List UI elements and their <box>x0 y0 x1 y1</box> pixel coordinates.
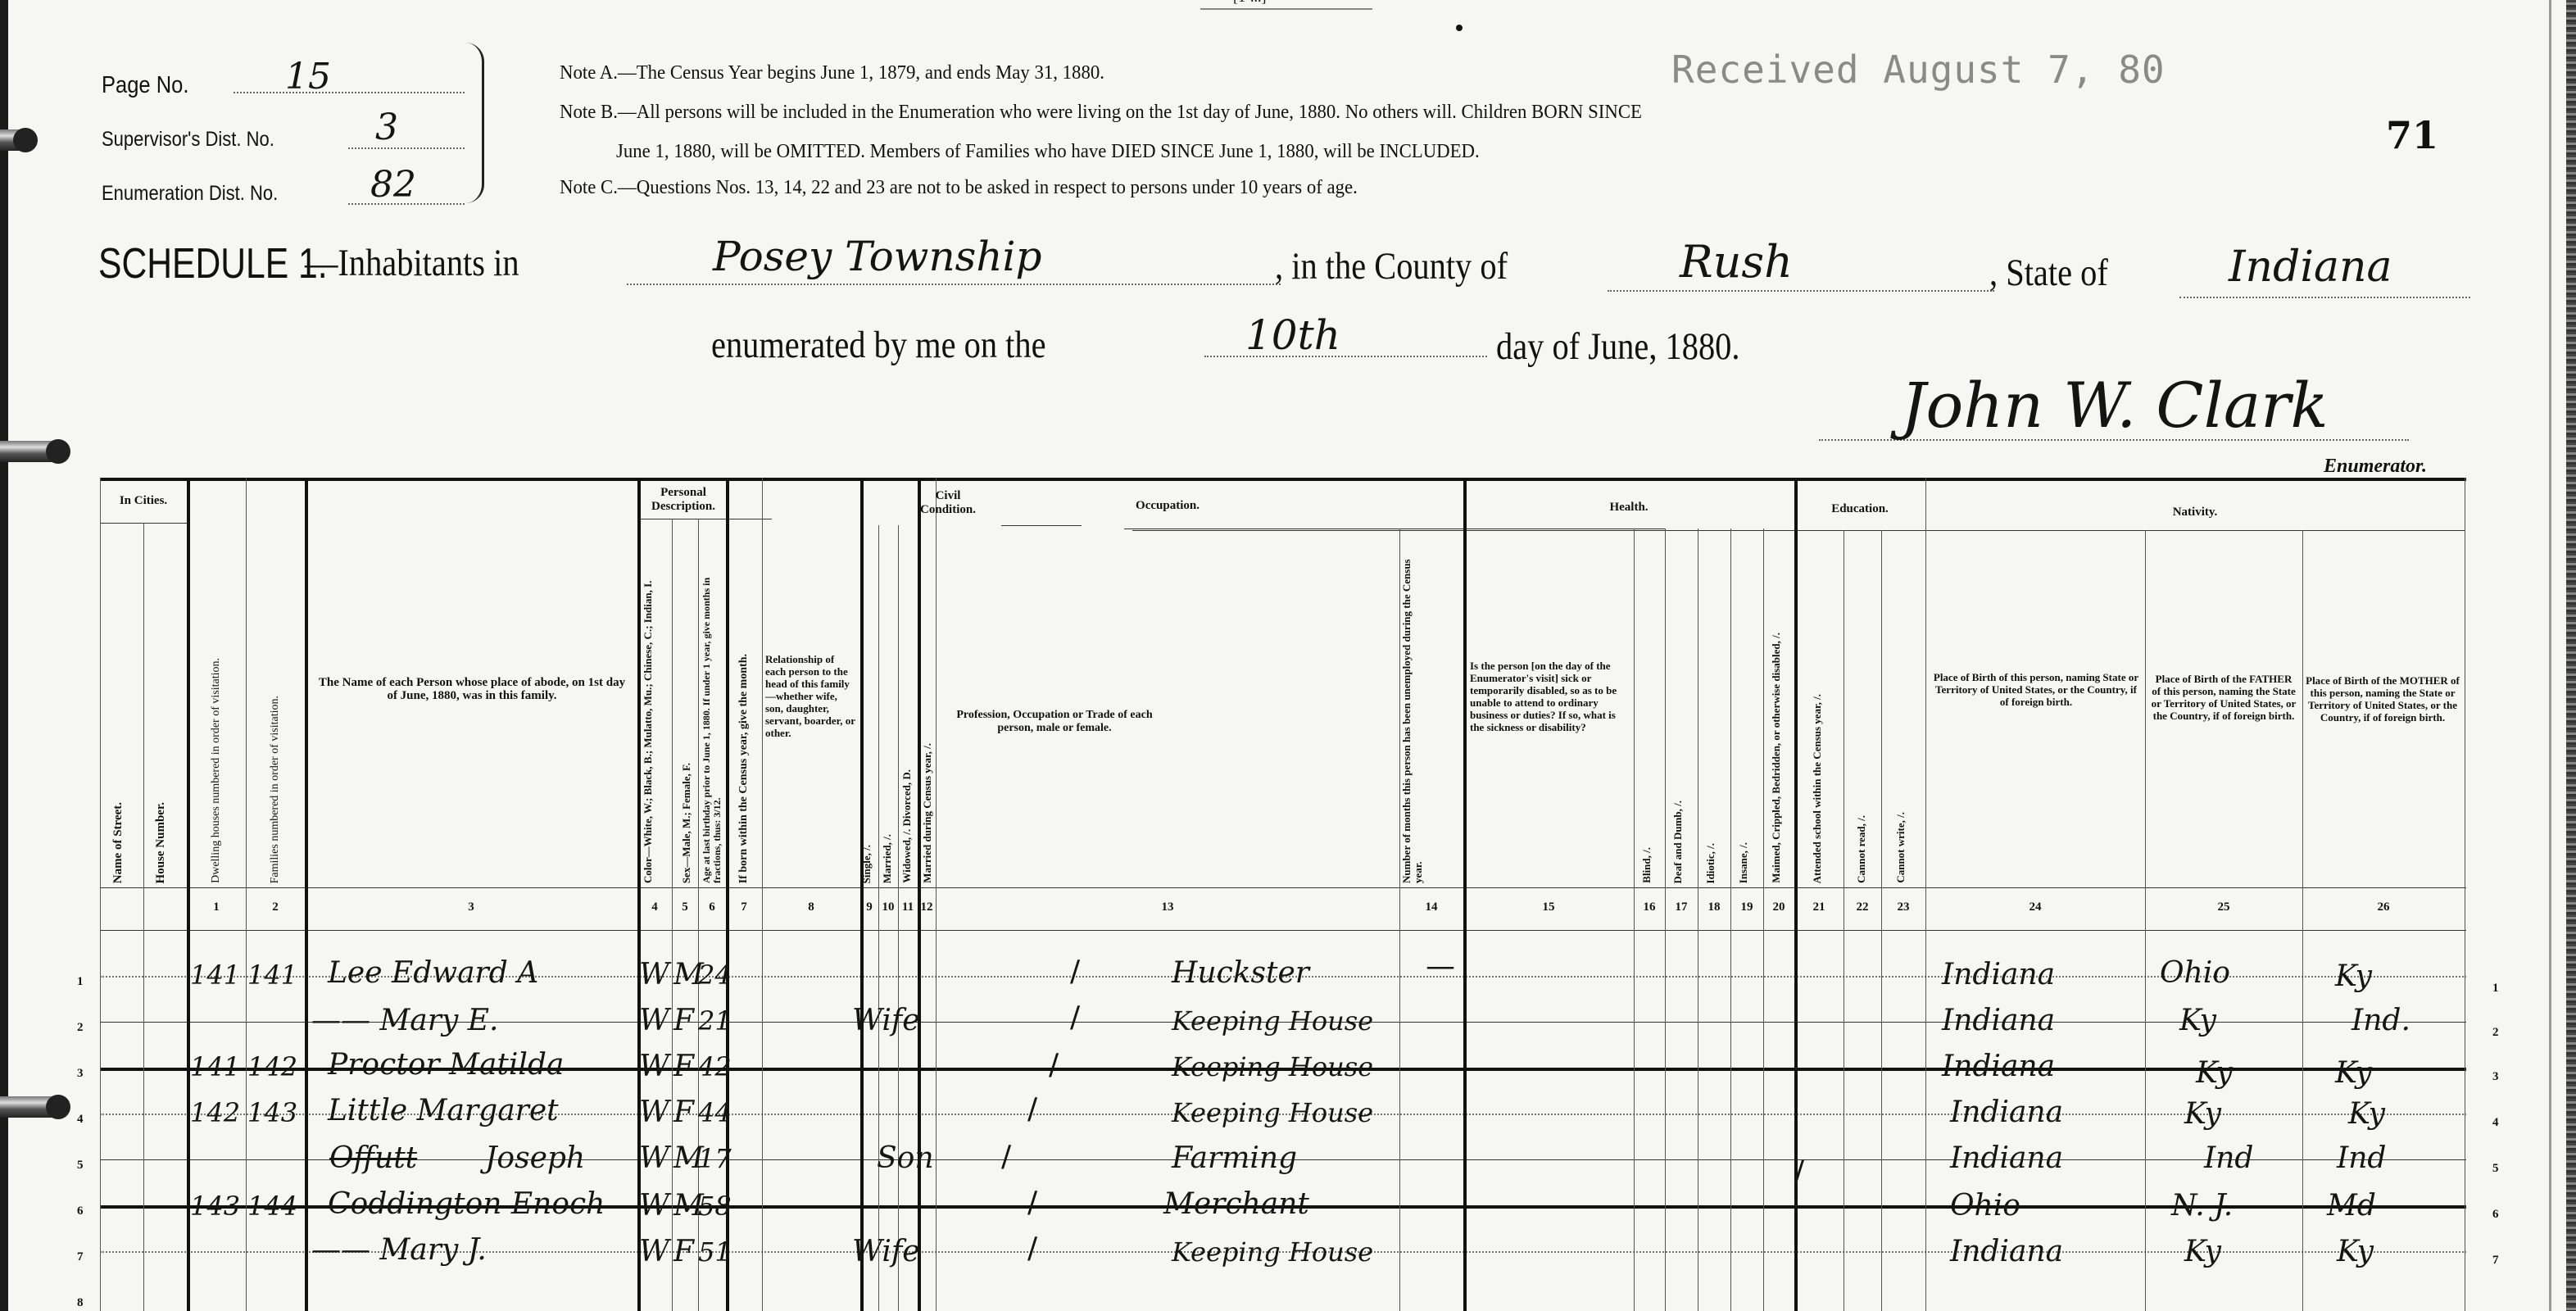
header-insane: Insane, /. <box>1737 842 1750 883</box>
sex[interactable]: F <box>673 1096 694 1129</box>
age[interactable]: 44 <box>698 1096 732 1129</box>
sheet-number: 71 <box>2386 113 2438 157</box>
line-number-right: 7 <box>2492 1254 2499 1268</box>
father-birthplace[interactable]: Ky <box>2184 1236 2221 1268</box>
person-name[interactable]: Little Margaret <box>328 1095 559 1127</box>
single-mark[interactable]: / <box>1001 1141 1011 1173</box>
col-rule <box>1463 478 1467 1311</box>
married-in-year-mark[interactable]: / <box>1070 955 1080 988</box>
rule <box>1132 530 2465 531</box>
age[interactable]: 21 <box>698 1005 732 1037</box>
mother-birthplace[interactable]: Ind <box>2337 1142 2386 1175</box>
mother-birthplace[interactable]: Ky <box>2335 960 2372 993</box>
col-number: 4 <box>637 900 672 914</box>
page-no-value: 15 <box>285 56 331 98</box>
occupation[interactable]: Keeping House <box>1172 1050 1373 1083</box>
township-field <box>627 284 1281 285</box>
person-name[interactable]: —— Mary E. <box>311 1005 498 1037</box>
col-rule <box>898 525 899 1311</box>
col-rule <box>936 478 937 1311</box>
group-in-cities: In Cities. <box>100 494 187 508</box>
state-label: , State of <box>1989 251 2108 295</box>
line-number-right: 4 <box>2492 1116 2499 1130</box>
line-number: 5 <box>77 1159 84 1173</box>
rule <box>1001 525 1082 526</box>
rule <box>1124 528 1665 529</box>
mother-birthplace[interactable]: Ind. <box>2352 1005 2410 1037</box>
state-field <box>2179 297 2470 298</box>
note-c: Note C.—Questions Nos. 13, 14, 22 and 23… <box>560 177 1358 199</box>
family-number[interactable]: 143 <box>247 1096 297 1129</box>
family-number[interactable]: 142 <box>247 1050 297 1083</box>
person-name[interactable]: Proctor Matilda <box>328 1049 564 1082</box>
header-blind: Blind, /. <box>1640 847 1653 883</box>
family-number[interactable]: 141 <box>247 959 297 991</box>
family-number[interactable]: 144 <box>247 1190 297 1223</box>
occupation[interactable]: Keeping House <box>1172 1005 1373 1037</box>
unemployed-months[interactable]: — <box>1426 950 1455 983</box>
binder-clip <box>0 129 33 151</box>
sex[interactable]: F <box>673 1236 694 1268</box>
line-number: 7 <box>77 1250 84 1264</box>
person-name[interactable]: —— Mary J. <box>311 1234 487 1267</box>
header-name: The Name of each Person whose place of a… <box>315 676 629 702</box>
rule <box>100 887 2466 888</box>
col-number: 10 <box>878 900 898 914</box>
line-number: 6 <box>77 1204 84 1218</box>
header-cannot-read: Cannot read, /. <box>1855 815 1868 883</box>
header-widowed: Widowed, /. Divorced, D. <box>900 769 914 883</box>
mother-birthplace[interactable]: Ky <box>2335 1057 2372 1090</box>
line-number: 2 <box>77 1021 84 1035</box>
col-number: 18 <box>1698 900 1730 914</box>
col-rule <box>1634 528 1635 1311</box>
col-rule <box>726 478 729 1311</box>
col-rule <box>878 525 879 1311</box>
age[interactable]: 24 <box>698 959 732 991</box>
col-number: 6 <box>698 900 726 914</box>
col-rule <box>2465 478 2465 1311</box>
occupation[interactable]: Huckster <box>1172 957 1309 990</box>
mother-birthplace[interactable]: Ky <box>2348 1098 2385 1131</box>
day-value: 10th <box>1245 311 1340 359</box>
table-top-rule <box>100 478 2466 481</box>
col-rule <box>2302 530 2303 1311</box>
father-birthplace[interactable]: Ohio <box>2160 957 2230 990</box>
rule <box>639 519 772 519</box>
header-married-in-year: Married during Census year, /. <box>921 743 934 883</box>
line-number-right: 2 <box>2492 1026 2499 1040</box>
header-attended-school: Attended school within the Census year, … <box>1811 694 1824 883</box>
county-value: Rush <box>1680 236 1793 288</box>
col-rule <box>305 478 308 1311</box>
top-stub: [1-...] <box>1200 0 1372 10</box>
group-personal-description: Personal Description. <box>641 486 726 514</box>
line-number-right: 1 <box>2492 982 2499 996</box>
birthplace[interactable]: Indiana <box>1950 1142 2063 1175</box>
enumerator-signature: John W. Clark <box>1901 369 2329 442</box>
col-number: 11 <box>898 900 918 914</box>
line-number: 1 <box>77 975 84 989</box>
col-number: 15 <box>1463 900 1634 914</box>
occupation[interactable]: Keeping House <box>1172 1236 1373 1268</box>
line-number-right: 6 <box>2492 1208 2499 1222</box>
married-mark[interactable]: / <box>1027 1093 1037 1126</box>
sex[interactable]: F <box>673 1005 694 1037</box>
col-rule <box>1844 530 1844 1311</box>
header-sex: Sex—Male, M.; Female, F. <box>680 763 693 883</box>
sex[interactable]: F <box>673 1050 694 1083</box>
header-families: Families numbered in order of visitation… <box>269 696 282 883</box>
col-rule <box>1730 528 1731 1311</box>
page-edge-line <box>2549 0 2551 1311</box>
birthplace[interactable]: Indiana <box>1942 1005 2055 1037</box>
married-mark[interactable]: / <box>1027 1232 1037 1265</box>
col-rule <box>143 523 144 1311</box>
col-rule <box>2145 530 2146 1311</box>
rule <box>100 523 188 524</box>
binder-ring <box>0 1096 66 1118</box>
col-number: 9 <box>860 900 878 914</box>
col-number: 20 <box>1763 900 1794 914</box>
header-father-birthplace: Place of Birth of the FATHER of this per… <box>2150 673 2297 722</box>
col-number: 13 <box>936 900 1399 914</box>
note-b-line1: Note B.—All persons will be included in … <box>560 102 1642 124</box>
col-number: 14 <box>1399 900 1463 914</box>
col-rule <box>100 478 101 1311</box>
page-no-label: Page No. <box>102 72 188 99</box>
mother-birthplace[interactable]: Ky <box>2337 1236 2374 1268</box>
census-table: In Cities. Personal Description. Civil C… <box>100 478 2466 1311</box>
mother-birthplace[interactable]: Md <box>2327 1190 2376 1223</box>
binder-ring <box>0 441 66 462</box>
occupation[interactable]: Farming <box>1172 1142 1297 1175</box>
line-number: 3 <box>77 1067 84 1081</box>
col-rule <box>672 519 673 1311</box>
line-number: 8 <box>77 1296 84 1310</box>
color[interactable]: W <box>639 1236 669 1268</box>
enumerated-label: enumerated by me on the <box>711 323 1046 367</box>
header-age: Age at last birthday prior to June 1, 18… <box>701 539 726 883</box>
color[interactable]: W <box>639 1050 669 1083</box>
relationship[interactable]: Son <box>877 1142 934 1175</box>
group-health: Health. <box>1463 501 1794 515</box>
line-number-right: 5 <box>2492 1162 2499 1176</box>
header-birthplace: Place of Birth of this person, naming St… <box>1932 671 2140 708</box>
color[interactable]: W <box>639 1096 669 1129</box>
county-field <box>1608 290 1994 292</box>
col-number: 25 <box>2145 900 2302 914</box>
person-name[interactable]: Joseph <box>485 1142 585 1175</box>
header-relationship: Relationship of each person to the head … <box>765 653 855 739</box>
dwelling-number[interactable]: 143 <box>190 1190 240 1223</box>
col-number: 7 <box>726 900 762 914</box>
col-rule <box>1925 478 1926 1311</box>
header-married: Married, /. <box>881 834 894 883</box>
page-edge <box>2566 0 2576 1311</box>
col-rule <box>187 478 190 1311</box>
line-number: 4 <box>77 1113 84 1127</box>
birthplace[interactable]: Ohio <box>1950 1190 2020 1223</box>
col-number: 17 <box>1665 900 1698 914</box>
col-number: 23 <box>1881 900 1925 914</box>
dwelling-number[interactable]: 141 <box>190 959 240 991</box>
header-brace <box>465 43 484 203</box>
col-number: 1 <box>187 900 246 914</box>
note-a: Note A.—The Census Year begins June 1, 1… <box>560 62 1104 84</box>
col-number: 12 <box>918 900 936 914</box>
married-in-year-mark[interactable]: / <box>1070 1001 1080 1034</box>
ink-dot <box>1456 25 1463 31</box>
line-number-right: 3 <box>2492 1070 2499 1084</box>
birthplace[interactable]: Indiana <box>1942 1050 2055 1083</box>
col-number: 16 <box>1634 900 1665 914</box>
header-dwelling: Dwelling houses numbered in order of vis… <box>210 658 223 883</box>
header-cannot-write: Cannot write, /. <box>1894 812 1907 883</box>
col-number: 26 <box>2302 900 2465 914</box>
col-number: 21 <box>1794 900 1844 914</box>
col-number: 19 <box>1730 900 1763 914</box>
header-sickness: Is the person [on the day of the Enumera… <box>1470 660 1626 733</box>
age[interactable]: 17 <box>698 1142 732 1175</box>
enumeration-dist-value: 82 <box>370 164 416 206</box>
header-unemployed: Number of months this person has been un… <box>1401 539 1426 883</box>
header-maimed: Maimed, Crippled, Bedridden, or otherwis… <box>1770 633 1783 883</box>
birthplace[interactable]: Indiana <box>1950 1096 2063 1129</box>
col-rule <box>860 478 864 1311</box>
col-rule <box>246 478 247 1311</box>
group-education: Education. <box>1794 502 1925 516</box>
age[interactable]: 42 <box>698 1050 732 1083</box>
rule <box>100 930 2466 931</box>
col-rule <box>1881 530 1882 1311</box>
enumeration-dist-label: Enumeration Dist. No. <box>102 182 278 206</box>
page-no-field <box>234 92 465 93</box>
widowed-mark[interactable]: / <box>1049 1049 1059 1082</box>
header-street: Name of Street. <box>111 802 125 883</box>
father-birthplace[interactable]: N. J. <box>2171 1190 2233 1223</box>
note-b-line2: June 1, 1880, will be OMITTED. Members o… <box>616 141 1480 163</box>
header-idiotic: Idiotic, /. <box>1704 843 1717 883</box>
father-birthplace[interactable]: Ind <box>2204 1142 2253 1175</box>
group-occupation: Occupation. <box>936 499 1399 513</box>
age[interactable]: 58 <box>698 1190 732 1223</box>
inhabitants-label: —Inhabitants in <box>305 241 519 285</box>
col-number: 2 <box>246 900 305 914</box>
col-number: 3 <box>305 900 637 914</box>
header-mother-birthplace: Place of Birth of the MOTHER of this per… <box>2306 674 2460 724</box>
header-occupation: Profession, Occupation or Trade of each … <box>944 709 1165 735</box>
birthplace[interactable]: Indiana <box>1942 959 2055 991</box>
header-single: Single, /. <box>860 845 873 883</box>
col-rule <box>1665 528 1666 1311</box>
col-number: 8 <box>762 900 860 914</box>
col-rule <box>762 478 763 1311</box>
day-suffix: day of June, 1880. <box>1496 324 1739 369</box>
dwelling-number[interactable]: 142 <box>190 1096 240 1129</box>
father-birthplace[interactable]: Ky <box>2179 1005 2216 1037</box>
col-rule <box>637 478 641 1311</box>
relationship[interactable]: Wife <box>852 1236 920 1268</box>
col-number: 5 <box>672 900 698 914</box>
col-rule <box>918 478 921 1311</box>
received-stamp: Received August 7, 80 <box>1671 48 2166 92</box>
header-color: Color—White, W.; Black, B.; Mulatto, Mu.… <box>642 539 669 883</box>
relationship[interactable]: Wife <box>852 1005 920 1037</box>
header-deaf-dumb: Deaf and Dumb, /. <box>1671 801 1685 884</box>
color[interactable]: W <box>639 1005 669 1037</box>
schedule-title: SCHEDULE 1. <box>98 239 328 288</box>
age[interactable]: 51 <box>698 1236 732 1268</box>
attended-school-mark[interactable]: / <box>1794 1155 1804 1188</box>
col-rule <box>1763 528 1764 1311</box>
color[interactable]: W <box>639 959 669 991</box>
occupation[interactable]: Merchant <box>1163 1188 1309 1221</box>
married-mark[interactable]: / <box>1027 1186 1037 1219</box>
supervisor-dist-label: Supervisor's Dist. No. <box>102 128 274 152</box>
father-birthplace[interactable]: Ky <box>2184 1098 2221 1131</box>
state-value: Indiana <box>2229 243 2392 292</box>
col-rule <box>1698 528 1698 1311</box>
enumerator-label: Enumerator. <box>2324 456 2427 478</box>
col-number: 24 <box>1925 900 2145 914</box>
father-birthplace[interactable]: Ky <box>2196 1057 2233 1090</box>
supervisor-dist-value: 3 <box>375 107 398 148</box>
person-name[interactable]: Coddington Enoch <box>328 1188 605 1221</box>
header-born-month: If born within the Census year, give the… <box>737 654 751 883</box>
col-number: 22 <box>1844 900 1881 914</box>
birthplace[interactable]: Indiana <box>1950 1236 2063 1268</box>
person-surname-struck[interactable]: Offutt <box>329 1142 417 1175</box>
color[interactable]: W <box>639 1142 669 1175</box>
township-value: Posey Township <box>713 233 1042 280</box>
group-nativity: Nativity. <box>1925 506 2465 519</box>
supervisor-dist-field <box>348 147 465 149</box>
dwelling-number[interactable]: 141 <box>190 1050 240 1083</box>
color[interactable]: W <box>639 1190 669 1223</box>
county-label: , in the County of <box>1275 244 1508 288</box>
occupation[interactable]: Keeping House <box>1172 1096 1373 1129</box>
person-name[interactable]: Lee Edward A <box>328 957 538 990</box>
header-house-number: House Number. <box>154 802 167 883</box>
